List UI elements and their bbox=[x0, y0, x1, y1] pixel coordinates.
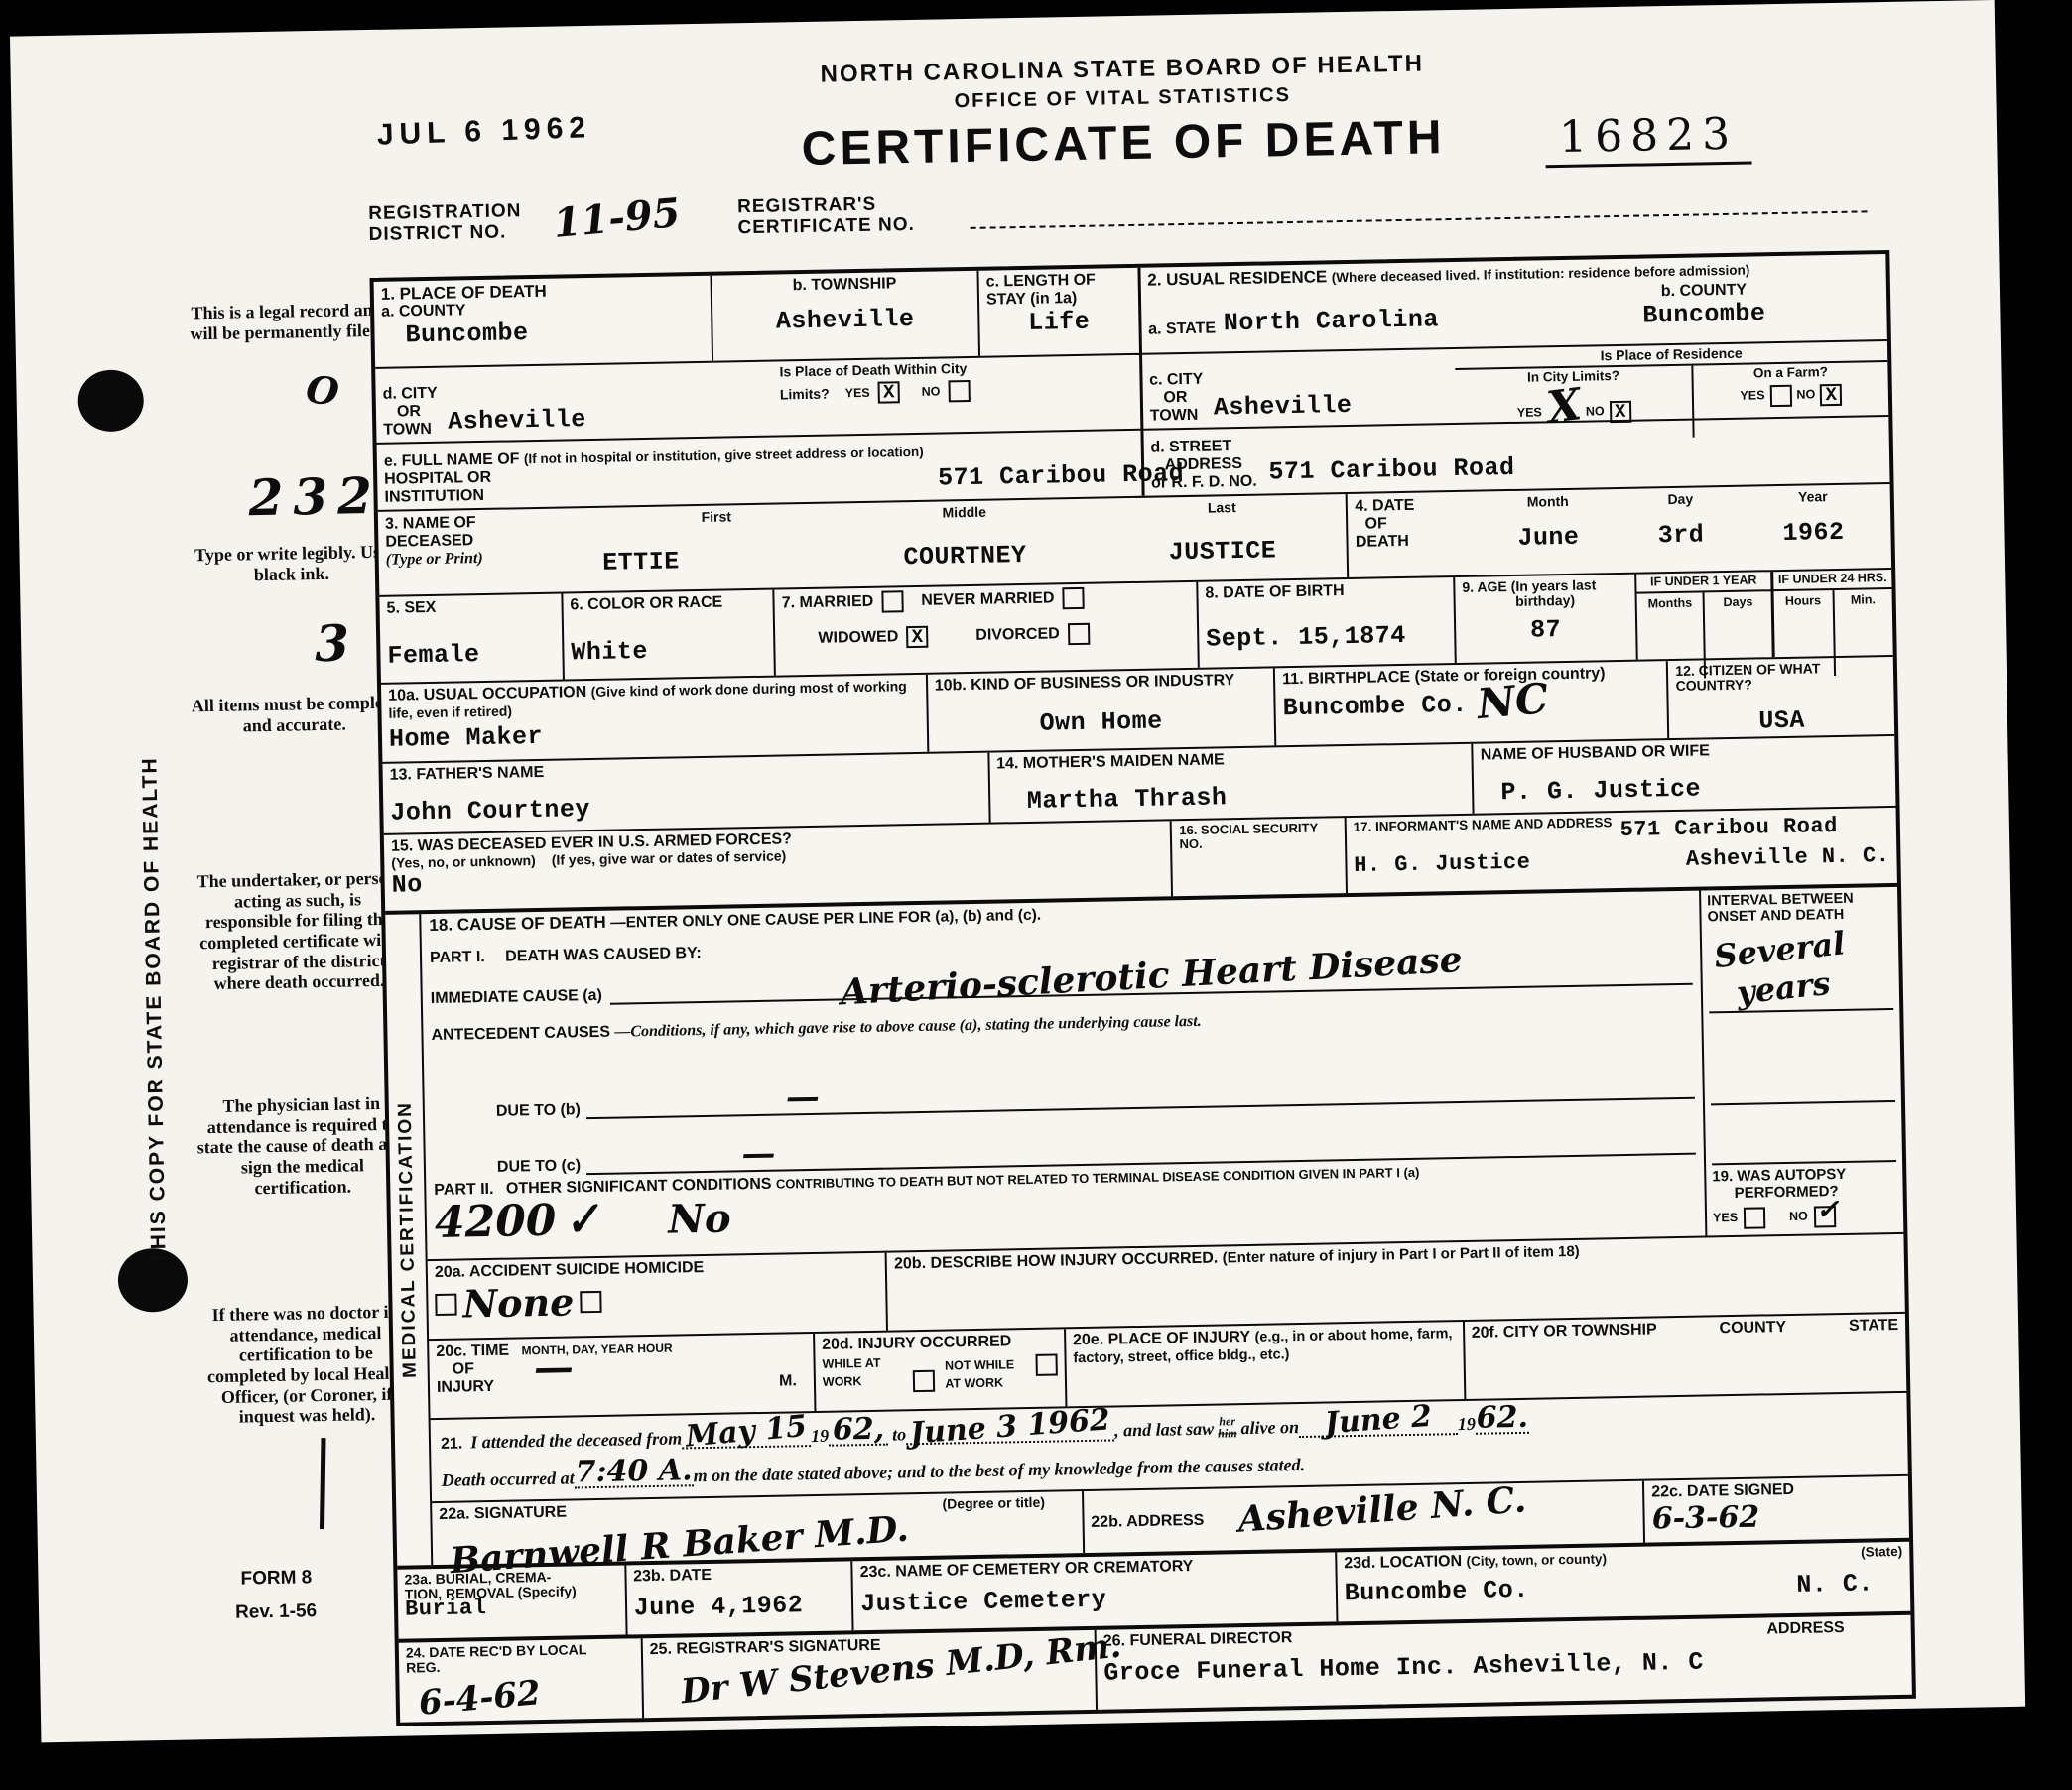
residence-state-county: 2. USUAL RESIDENCE (Where deceased lived… bbox=[1140, 254, 1887, 353]
limits-question-1: Is Place of Death Within City bbox=[779, 358, 1132, 380]
field-occupation: 10a. USUAL OCCUPATION (Give kind of work… bbox=[381, 675, 927, 762]
field-spouse: NAME OF HUSBAND OR WIFE P. G. Justice bbox=[1472, 736, 1896, 814]
location-state-value: N. C. bbox=[1796, 1569, 1874, 1598]
township-value: Asheville bbox=[719, 304, 971, 337]
dod-label-2: OF bbox=[1364, 513, 1482, 533]
race-value: White bbox=[571, 635, 767, 668]
due-to-b-label: DUE TO (b) bbox=[496, 1101, 581, 1120]
middle-name-value: COURTNEY bbox=[832, 540, 1100, 574]
legal-record-note: This is a legal record and will be perma… bbox=[182, 300, 393, 344]
field-registrar-signature: 25. REGISTRAR'S SIGNATURE Dr W Stevens M… bbox=[640, 1630, 1096, 1718]
divorced-label: DIVORCED bbox=[975, 625, 1060, 644]
cemetery-value: Justice Cemetery bbox=[860, 1581, 1329, 1618]
place-of-death-top: 1. PLACE OF DEATH a. COUNTY Buncombe b. … bbox=[374, 268, 1139, 367]
immediate-cause-label: IMMEDIATE CAUSE (a) bbox=[431, 987, 602, 1008]
field-name-of-deceased: 3. NAME OF DECEASED (Type or Print) Firs… bbox=[378, 494, 1348, 595]
undertaker-note: The undertaker, or person acting as such… bbox=[192, 868, 404, 995]
scanned-death-certificate: { "page": { "stamp_date": "JUL 6 1962", … bbox=[0, 0, 2072, 1790]
dod-label-3: DEATH bbox=[1356, 531, 1483, 551]
on-farm-question: On a Farm? bbox=[1697, 364, 1883, 382]
describe-injury-note: (Enter nature of injury in Part I or Par… bbox=[1223, 1243, 1580, 1267]
field-business: 10b. KIND OF BUSINESS OR INDUSTRY Own Ho… bbox=[926, 668, 1275, 751]
registration-label-line1: REGISTRATION bbox=[368, 201, 547, 225]
residence-city-value: Asheville bbox=[1214, 391, 1353, 423]
informant-name: H. G. Justice bbox=[1354, 850, 1531, 878]
attended-text-3: , and last saw bbox=[1114, 1419, 1214, 1442]
field-accident-suicide-homicide: 20a. ACCIDENT SUICIDE HOMICIDE None bbox=[428, 1253, 887, 1339]
attended-text-1: I attended the deceased from bbox=[470, 1428, 682, 1453]
death-occurred-text-2: m on the date stated above; and to the b… bbox=[693, 1455, 1305, 1486]
attended-from-year: 62, bbox=[833, 1418, 885, 1443]
township-label: b. TOWNSHIP bbox=[718, 274, 971, 297]
funeral-director-address-label: ADDRESS bbox=[1766, 1619, 1845, 1638]
cemetery-label: 23c. NAME OF CEMETERY OR CREMATORY bbox=[860, 1556, 1329, 1583]
field-marital-status: 7. MARRIED NEVER MARRIED WIDOWED X DIVOR… bbox=[773, 582, 1198, 676]
field-age: 9. AGE (In years last birthday) 87 bbox=[1453, 575, 1635, 663]
field-county-of-death: 1. PLACE OF DEATH a. COUNTY Buncombe bbox=[374, 276, 712, 367]
location-state-note: (State) bbox=[1861, 1545, 1902, 1564]
residence-limits-no-label: NO bbox=[1586, 405, 1605, 419]
registrar-label-line2: CERTIFICATE NO. bbox=[737, 214, 966, 239]
received-date-stamp: JUL 6 1962 bbox=[376, 111, 591, 153]
cause-of-death-section: 18. CAUSE OF DEATH —ENTER ONLY ONE CAUSE… bbox=[421, 887, 1903, 1259]
field-cemetery: 23c. NAME OF CEMETERY OR CREMATORY Justi… bbox=[850, 1552, 1336, 1630]
death-limits-no-checkbox bbox=[948, 380, 970, 402]
farm-yes-label: YES bbox=[1740, 390, 1764, 404]
attended-text-4: alive on bbox=[1240, 1417, 1299, 1439]
death-limits-yes-label: YES bbox=[845, 386, 870, 400]
place-of-death-block: 1. PLACE OF DEATH a. COUNTY Buncombe b. … bbox=[374, 268, 1142, 510]
field-father: 13. FATHER'S NAME John Courtney bbox=[382, 753, 988, 833]
field-ssn: 16. SOCIAL SECURITY NO. bbox=[1170, 818, 1346, 896]
street-label-2: ADDRESS bbox=[1165, 455, 1257, 475]
death-occurred-label: Death occurred at bbox=[442, 1468, 575, 1490]
first-name-value: ETTIE bbox=[602, 545, 832, 577]
informant-address-2: Asheville N. C. bbox=[1686, 843, 1890, 872]
field-sex: 5. SEX Female bbox=[379, 594, 562, 683]
describe-injury-label: 20b. DESCRIBE HOW INJURY OCCURRED. bbox=[894, 1250, 1219, 1273]
injury-county-label: COUNTY bbox=[1719, 1319, 1786, 1338]
field-date-signed: 22c. DATE SIGNED 6-3-62 bbox=[1642, 1476, 1909, 1543]
field-time-of-injury: 20c. TIME MONTH, DAY, YEAR HOUR OF — INJ… bbox=[429, 1334, 814, 1418]
never-married-checkbox bbox=[1062, 587, 1084, 609]
type-legibly-note: Type or write legibly. Use black ink. bbox=[186, 542, 397, 586]
field-city-of-death: d. CITY OR TOWN Asheville bbox=[375, 362, 773, 443]
father-label: 13. FATHER'S NAME bbox=[390, 756, 981, 785]
not-while-at-work-checkbox bbox=[1035, 1353, 1057, 1375]
spouse-value: P. G. Justice bbox=[1500, 771, 1888, 807]
field-under-24-hrs: IF UNDER 24 HRS. Hours Min. bbox=[1770, 570, 1892, 657]
time-injury-label-2: OF bbox=[453, 1360, 475, 1378]
time-injury-dash: — bbox=[534, 1359, 574, 1376]
city-label-2: OR bbox=[397, 403, 438, 422]
father-value: John Courtney bbox=[390, 788, 981, 828]
widowed-checkbox: X bbox=[906, 626, 928, 648]
length-value: Life bbox=[986, 307, 1131, 338]
sex-label: 5. SEX bbox=[386, 597, 554, 618]
certificate-form: 1. PLACE OF DEATH a. COUNTY Buncombe b. … bbox=[369, 250, 1915, 1726]
field-burial-date: 23b. DATE June 4,1962 bbox=[624, 1561, 852, 1634]
part2-handwritten-4200: 4200 bbox=[434, 1196, 556, 1248]
farm-yes-checkbox bbox=[1769, 385, 1791, 407]
field-funeral-director: 26. FUNERAL DIRECTOR ADDRESS Groce Funer… bbox=[1095, 1615, 1912, 1710]
form-number: FORM 8 bbox=[240, 1567, 312, 1590]
cause-header-2: —ENTER ONLY ONE CAUSE PER LINE FOR (a), … bbox=[610, 907, 1041, 932]
date-signed-value: 6-3-62 bbox=[1651, 1497, 1901, 1537]
no-doctor-note: If there was no doctor in attendance, me… bbox=[199, 1301, 412, 1428]
field-date-of-birth: 8. DATE OF BIRTH Sept. 15,1874 bbox=[1196, 577, 1455, 668]
field-residence-city: c. CITY OR TOWN Asheville bbox=[1142, 349, 1457, 429]
injury-occurred-label: 20d. INJURY OCCURRED bbox=[822, 1333, 1057, 1354]
field-autopsy: 19. WAS AUTOPSY PERFORMED? YES NO ✓ bbox=[1706, 1162, 1903, 1236]
header: NORTH CAROLINA STATE BOARD OF HEALTH OFF… bbox=[567, 46, 1680, 182]
citizen-value: USA bbox=[1676, 704, 1887, 737]
spouse-label: NAME OF HUSBAND OR WIFE bbox=[1481, 739, 1888, 764]
registration-label-line2: DISTRICT NO. bbox=[369, 222, 548, 246]
widowed-label: WIDOWED bbox=[818, 628, 898, 647]
residence-county-value: Buncombe bbox=[1528, 297, 1879, 331]
autopsy-yes-checkbox bbox=[1744, 1207, 1765, 1228]
form-revision: Rev. 1-56 bbox=[235, 1600, 317, 1623]
certificate-number: 16823 bbox=[1545, 108, 1752, 168]
occupation-label: 10a. USUAL OCCUPATION bbox=[388, 684, 586, 704]
residence-limits-yes-label: YES bbox=[1517, 406, 1542, 420]
day-value: 3rd bbox=[1615, 520, 1748, 551]
field-signature: 22a. SIGNATURE (Degree or title) Barnwel… bbox=[432, 1491, 1083, 1565]
field-armed-forces: 15. WAS DECEASED EVER IN U.S. ARMED FORC… bbox=[384, 821, 1172, 911]
medical-certification-vertical-label: MEDICAL CERTIFICATION bbox=[395, 1101, 422, 1378]
widowed-mark: X bbox=[911, 626, 923, 648]
field-citizen: 12. CITIZEN OF WHAT COUNTRY? USA bbox=[1666, 657, 1894, 738]
last-seen-value: June 2 bbox=[1324, 1405, 1433, 1437]
burial-date-label: 23b. DATE bbox=[633, 1564, 844, 1586]
time-injury-m-label: M. bbox=[779, 1372, 797, 1390]
usual-residence-block: 2. USUAL RESIDENCE (Where deceased lived… bbox=[1137, 254, 1889, 496]
birthplace-handwritten-value: NC bbox=[1476, 682, 1550, 721]
handwritten-stroke-mark bbox=[320, 1438, 326, 1529]
field-burial: 23a. BURIAL, CREMA- TION, REMOVAL (Speci… bbox=[397, 1566, 625, 1639]
middle-name-header: Middle bbox=[831, 503, 1098, 523]
field-burial-location: 23d. LOCATION (City, town, or county) (S… bbox=[1335, 1542, 1910, 1622]
attended-19-b: 19 bbox=[1458, 1414, 1476, 1435]
married-checkbox bbox=[881, 590, 903, 612]
handwritten-3: 3 bbox=[315, 613, 350, 673]
field-race: 6. COLOR OR RACE White bbox=[561, 590, 774, 680]
limits-question-2: Limits? bbox=[780, 386, 830, 402]
field-death-city-limits: Is Place of Death Within City Limits? YE… bbox=[772, 355, 1140, 436]
city-label-1: d. CITY bbox=[382, 385, 437, 404]
handwritten-o-mark: O bbox=[304, 366, 341, 415]
autopsy-no-checkbox: ✓ bbox=[1814, 1206, 1836, 1227]
due-to-c-label: DUE TO (c) bbox=[497, 1157, 581, 1176]
time-injury-label-3: INJURY bbox=[437, 1378, 494, 1397]
registration-district-value: 11-95 bbox=[552, 190, 683, 247]
accident-label: 20a. ACCIDENT SUICIDE HOMICIDE bbox=[435, 1256, 879, 1282]
field-informant: 17. INFORMANT'S NAME AND ADDRESS 571 Car… bbox=[1344, 808, 1897, 893]
dod-label-1: 4. DATE bbox=[1355, 496, 1482, 516]
ssn-label: 16. SOCIAL SECURITY NO. bbox=[1179, 821, 1338, 852]
registrar-certificate-blank bbox=[971, 210, 1868, 229]
place-of-death-city-row: d. CITY OR TOWN Asheville Is Place of De… bbox=[375, 353, 1140, 443]
field-street-address: d. STREET ADDRESS or R. F. D. NO. 571 Ca… bbox=[1143, 415, 1889, 496]
due-to-c-value: — bbox=[741, 1146, 775, 1164]
physician-note: The physician last in attendance is requ… bbox=[196, 1092, 409, 1199]
cause-header: 18. CAUSE OF DEATH bbox=[429, 913, 606, 935]
married-label: 7. MARRIED bbox=[782, 593, 874, 613]
attended-number: 21. bbox=[441, 1436, 463, 1454]
residence-city-label-1: c. CITY bbox=[1149, 371, 1204, 390]
farm-no-mark: X bbox=[1825, 384, 1837, 406]
last-name-value: JUSTICE bbox=[1099, 535, 1347, 569]
part2-handwritten-no: No bbox=[668, 1196, 731, 1243]
city-label-3: TOWN bbox=[383, 421, 438, 440]
month-value: June bbox=[1482, 522, 1615, 553]
autopsy-yes-label: YES bbox=[1713, 1212, 1738, 1225]
farm-no-label: NO bbox=[1796, 389, 1815, 403]
last-name-header: Last bbox=[1098, 498, 1346, 518]
field-mother: 14. MOTHER'S MAIDEN NAME Martha Thrash bbox=[987, 744, 1473, 823]
street-label-3: or R. F. D. NO. bbox=[1151, 473, 1257, 493]
year-header: Year bbox=[1747, 488, 1879, 506]
residence-city-row: c. CITY OR TOWN Asheville Is Place of Re… bbox=[1142, 339, 1889, 429]
attended-from-value: May 15 bbox=[685, 1415, 808, 1450]
field-signature-address: 22b. ADDRESS Asheville N. C. bbox=[1082, 1481, 1643, 1553]
not-while-label-1: NOT WHILE bbox=[945, 1358, 1014, 1373]
field-birthplace: 11. BIRTHPLACE (State or foreign country… bbox=[1273, 661, 1668, 745]
age-label-2: birthday) bbox=[1463, 592, 1628, 610]
while-at-work-checkbox bbox=[913, 1369, 935, 1391]
day-header: Day bbox=[1614, 491, 1747, 509]
burial-date-value: June 4,1962 bbox=[633, 1590, 844, 1622]
city-of-death-value: Asheville bbox=[448, 405, 586, 437]
under-24-hrs-header: IF UNDER 24 HRS. bbox=[1773, 570, 1891, 591]
caused-by-label: DEATH WAS CAUSED BY: bbox=[505, 945, 702, 965]
residence-label: 2. USUAL RESIDENCE bbox=[1147, 267, 1327, 289]
residence-city-label-2: OR bbox=[1163, 389, 1204, 408]
field-hospital: e. FULL NAME OF (If not in hospital or i… bbox=[377, 429, 1142, 510]
residence-limits-block: Is Place of Residence In City Limits? YE… bbox=[1455, 341, 1888, 423]
registrar-certificate-label: REGISTRAR'S CERTIFICATE NO. bbox=[737, 193, 967, 239]
month-header: Month bbox=[1482, 493, 1615, 511]
accident-handwritten-none: None bbox=[462, 1287, 574, 1319]
accident-checkbox-2 bbox=[580, 1291, 601, 1313]
while-at-work-label-2: WORK bbox=[823, 1375, 862, 1389]
residence-state-label: a. STATE bbox=[1148, 320, 1216, 338]
due-to-b-value: — bbox=[786, 1089, 820, 1107]
dob-label: 8. DATE OF BIRTH bbox=[1205, 580, 1446, 602]
part2-handwritten-check: ✓ bbox=[561, 1193, 604, 1248]
field-place-of-injury: 20e. PLACE OF INJURY (e.g., in or about … bbox=[1064, 1322, 1464, 1406]
year-value: 1962 bbox=[1748, 518, 1880, 549]
interval-column: INTERVAL BETWEEN ONSET AND DEATH Several… bbox=[1699, 887, 1903, 1236]
street-label-1: d. STREET bbox=[1150, 438, 1256, 457]
birthplace-typed-value: Buncombe Co. bbox=[1282, 690, 1468, 721]
part2-title: OTHER SIGNIFICANT CONDITIONS bbox=[506, 1176, 772, 1198]
field-date-of-death: 4. DATE OF DEATH Month Day Year June 3rd… bbox=[1346, 484, 1891, 577]
under-1-year-header: IF UNDER 1 YEAR bbox=[1636, 572, 1770, 593]
injury-state-label: STATE bbox=[1849, 1317, 1898, 1336]
hospital-label-1: e. FULL NAME OF bbox=[384, 450, 520, 470]
field-length-of-stay: c. LENGTH OF STAY (in 1a) Life bbox=[976, 268, 1138, 356]
street-value: 571 Caribou Road bbox=[1268, 453, 1515, 487]
registration-district-label: REGISTRATION DISTRICT NO. bbox=[368, 201, 548, 246]
first-name-header: First bbox=[601, 508, 831, 528]
informant-address-1: 571 Caribou Road bbox=[1619, 814, 1838, 842]
autopsy-no-mark: ✓ bbox=[1815, 1193, 1839, 1225]
age-value: 87 bbox=[1463, 614, 1628, 646]
injury-city-label: 20f. CITY OR TOWNSHIP bbox=[1472, 1321, 1657, 1342]
signature-label: 22a. SIGNATURE bbox=[439, 1504, 567, 1524]
last-seen-year: 62. bbox=[1477, 1406, 1529, 1431]
divorced-checkbox bbox=[1068, 623, 1090, 645]
state-board-copy-vertical-text: THIS COPY FOR STATE BOARD OF HEALTH bbox=[138, 756, 171, 1264]
death-limits-no-label: NO bbox=[922, 385, 941, 399]
attended-to-label: to bbox=[892, 1424, 906, 1445]
certificate-paper: JUL 6 1962 NORTH CAROLINA STATE BOARD OF… bbox=[10, 0, 2025, 1742]
mother-label: 14. MOTHER'S MAIDEN NAME bbox=[996, 747, 1465, 774]
registration-header: REGISTRATION DISTRICT NO. 11-95 REGISTRA… bbox=[368, 177, 1887, 246]
death-limits-yes-mark: X bbox=[883, 382, 895, 404]
never-married-label: NEVER MARRIED bbox=[921, 589, 1055, 609]
attended-to-value: June 3 1962 bbox=[909, 1408, 1110, 1446]
citizen-label: 12. CITIZEN OF WHAT COUNTRY? bbox=[1675, 660, 1886, 695]
name-label-3: (Type or Print) bbox=[386, 548, 596, 570]
dob-value: Sept. 15,1874 bbox=[1206, 620, 1448, 653]
residence-city-label-3: TOWN bbox=[1150, 407, 1205, 426]
handwritten-232: 232 bbox=[248, 466, 382, 527]
county-value: Buncombe bbox=[405, 316, 704, 350]
antecedent-label: ANTECEDENT CAUSES bbox=[431, 1024, 610, 1044]
funeral-director-label: 26. FUNERAL DIRECTOR bbox=[1103, 1629, 1293, 1650]
field-injury-occurred: 20d. INJURY OCCURRED WHILE AT WORK NOT W… bbox=[813, 1329, 1065, 1411]
part1-label: PART I. bbox=[430, 949, 485, 966]
location-label: 23d. LOCATION bbox=[1344, 1553, 1462, 1572]
accident-checkbox-1 bbox=[435, 1294, 456, 1316]
field-date-received: 24. DATE REC'D BY LOCAL REG. 6-4-62 bbox=[399, 1638, 642, 1722]
armed-forces-note-1: (Yes, no, or unknown) bbox=[391, 853, 536, 871]
field-township: b. TOWNSHIP Asheville bbox=[710, 271, 978, 361]
funeral-director-value: Groce Funeral Home Inc. Asheville, N. C bbox=[1103, 1644, 1904, 1688]
place-of-injury-label: 20e. PLACE OF INJURY bbox=[1073, 1329, 1250, 1348]
race-label: 6. COLOR OR RACE bbox=[570, 593, 766, 615]
business-value: Own Home bbox=[935, 704, 1267, 739]
address-label: 22b. ADDRESS bbox=[1091, 1512, 1204, 1531]
row-place-residence: 1. PLACE OF DEATH a. COUNTY Buncombe b. … bbox=[374, 254, 1890, 510]
farm-no-checkbox: X bbox=[1820, 384, 1842, 406]
signature-address-value: Asheville N. C. bbox=[1237, 1478, 1528, 1540]
sex-value: Female bbox=[387, 639, 555, 671]
medical-certification-block: MEDICAL CERTIFICATION 18. CAUSE OF DEATH… bbox=[385, 883, 1909, 1566]
informant-label: 17. INFORMANT'S NAME AND ADDRESS bbox=[1353, 816, 1612, 835]
time-injury-label-1: 20c. TIME bbox=[436, 1342, 509, 1360]
location-value: Buncombe Co. bbox=[1345, 1576, 1530, 1607]
field-injury-city: 20f. CITY OR TOWNSHIP COUNTY STATE bbox=[1463, 1314, 1907, 1399]
hole-punch-top bbox=[77, 369, 144, 432]
business-label: 10b. KIND OF BUSINESS OR INDUSTRY bbox=[935, 672, 1267, 696]
field-under-1-year: IF UNDER 1 YEAR Months Days bbox=[1634, 572, 1772, 659]
attended-19-a: 19 bbox=[811, 1426, 829, 1447]
death-limits-yes-checkbox: X bbox=[877, 382, 899, 404]
residence-state-value: North Carolina bbox=[1224, 305, 1440, 337]
him-label: him bbox=[1218, 1427, 1237, 1439]
not-while-label-2: AT WORK bbox=[945, 1375, 1058, 1391]
mother-value: Martha Thrash bbox=[1027, 779, 1466, 816]
complete-accurate-note: All items must be complete and accurate. bbox=[189, 693, 400, 737]
death-time-value: 7:40 A. bbox=[575, 1459, 692, 1484]
autopsy-no-label: NO bbox=[1789, 1211, 1808, 1224]
location-note: (City, town, or county) bbox=[1466, 1551, 1607, 1569]
